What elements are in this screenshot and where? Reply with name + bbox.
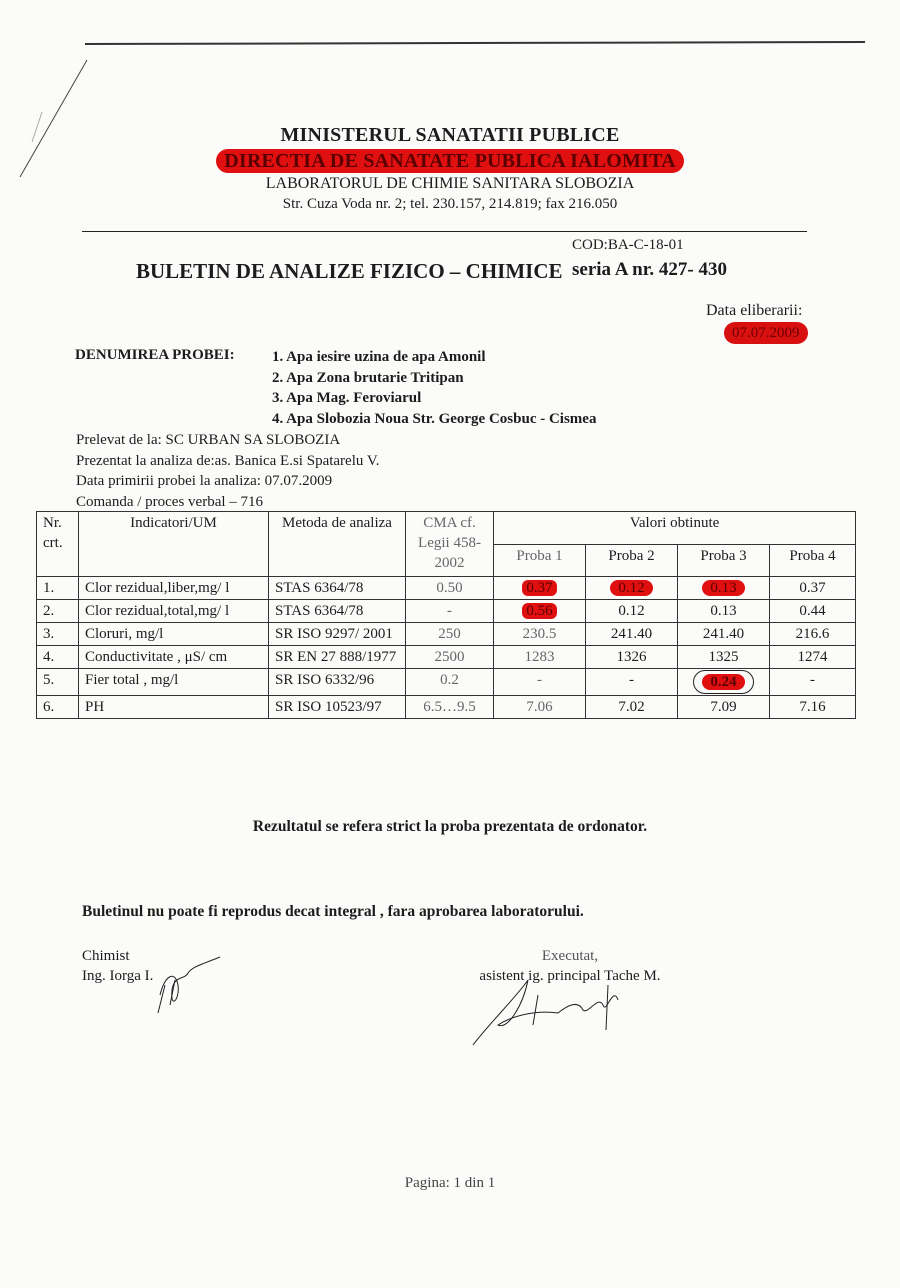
cell-probe-1: - — [494, 669, 586, 696]
document-series: seria A nr. 427- 430 — [572, 259, 727, 281]
cell-indicator: Clor rezidual,total,mg/ l — [79, 600, 269, 623]
laboratory-name: LABORATORUL DE CHIMIE SANITARA SLOBOZIA — [0, 175, 900, 193]
cell-nr: 5. — [37, 669, 79, 696]
cell-nr: 1. — [37, 577, 79, 600]
sample-item: 2. Apa Zona brutarie Tritipan — [272, 368, 596, 389]
chemist-signature — [130, 955, 230, 1015]
cell-probe-3: 0.24 — [678, 669, 770, 696]
value: 1274 — [798, 649, 828, 665]
cell-method: STAS 6364/78 — [269, 600, 406, 623]
cell-method: SR ISO 10523/97 — [269, 696, 406, 719]
cell-probe-2: 1326 — [586, 646, 678, 669]
laboratory-address: Str. Cuza Voda nr. 2; tel. 230.157, 214.… — [0, 196, 900, 213]
document-title: BULETIN DE ANALIZE FIZICO – CHIMICE — [136, 259, 563, 284]
table-row: 2.Clor rezidual,total,mg/ lSTAS 6364/78-… — [37, 600, 856, 623]
value: 241.40 — [703, 626, 744, 642]
cell-probe-1: 0.56 — [494, 600, 586, 623]
sample-item: 3. Apa Mag. Feroviarul — [272, 388, 596, 409]
cell-method: SR ISO 6332/96 — [269, 669, 406, 696]
cell-method: SR EN 27 888/1977 — [269, 646, 406, 669]
header-nr: Nr. crt. — [37, 512, 79, 577]
value: - — [537, 672, 542, 688]
cell-probe-1: 0.37 — [494, 577, 586, 600]
issue-date: 07.07.2009 — [724, 322, 808, 344]
value: 1325 — [709, 649, 739, 665]
order-number: Comanda / proces verbal – 716 — [76, 492, 380, 513]
cell-probe-2: 241.40 — [586, 623, 678, 646]
cell-cma: 0.2 — [406, 669, 494, 696]
value: 0.56 — [522, 603, 556, 619]
header-probe-2: Proba 2 — [586, 544, 678, 577]
cell-probe-1: 1283 — [494, 646, 586, 669]
ministry-name: MINISTERUL SANATATII PUBLICE — [0, 124, 900, 147]
value: 7.16 — [799, 699, 825, 715]
circled-value-mark: 0.24 — [693, 670, 753, 694]
cell-probe-2: - — [586, 669, 678, 696]
reproduction-note: Buletinul nu poate fi reprodus decat int… — [82, 903, 584, 921]
value: 7.06 — [526, 699, 552, 715]
cell-probe-1: 7.06 — [494, 696, 586, 719]
samples-list: 1. Apa iesire uzina de apa Amonil 2. Apa… — [272, 347, 596, 429]
executed-label: Executat, — [460, 946, 680, 966]
table-row: 1.Clor rezidual,liber,mg/ lSTAS 6364/780… — [37, 577, 856, 600]
value: 0.44 — [799, 603, 825, 619]
header-probe-1: Proba 1 — [494, 544, 586, 577]
value: 0.13 — [702, 580, 744, 596]
value: 1326 — [617, 649, 647, 665]
value: - — [629, 672, 634, 688]
value: 0.13 — [710, 603, 736, 619]
cell-probe-4: 0.37 — [770, 577, 856, 600]
results-table: Nr. crt. Indicatori/UM Metoda de analiza… — [36, 511, 856, 719]
cell-cma: 0.50 — [406, 577, 494, 600]
value: - — [810, 672, 815, 688]
direction-banner: DIRECTIA DE SANATATE PUBLICA IALOMITA — [0, 149, 900, 173]
cell-probe-4: 7.16 — [770, 696, 856, 719]
cell-indicator: Clor rezidual,liber,mg/ l — [79, 577, 269, 600]
header-indicator: Indicatori/UM — [79, 512, 269, 577]
page-number: Pagina: 1 din 1 — [0, 1175, 900, 1192]
value: 0.12 — [610, 580, 652, 596]
document-code: COD:BA-C-18-01 — [572, 237, 684, 254]
header-probe-4: Proba 4 — [770, 544, 856, 577]
cell-nr: 6. — [37, 696, 79, 719]
value: 0.37 — [799, 580, 825, 596]
issue-date-label: Data eliberarii: — [706, 302, 802, 320]
cell-probe-4: 0.44 — [770, 600, 856, 623]
sample-metadata: Prelevat de la: SC URBAN SA SLOBOZIA Pre… — [76, 430, 380, 512]
value: 216.6 — [796, 626, 830, 642]
cell-cma: 2500 — [406, 646, 494, 669]
value: 1283 — [525, 649, 555, 665]
cell-probe-3: 1325 — [678, 646, 770, 669]
header-probe-3: Proba 3 — [678, 544, 770, 577]
cell-probe-2: 0.12 — [586, 577, 678, 600]
table-row: 3.Cloruri, mg/lSR ISO 9297/ 2001250230.5… — [37, 623, 856, 646]
cell-nr: 4. — [37, 646, 79, 669]
value: 7.09 — [710, 699, 736, 715]
cell-indicator: Fier total , mg/l — [79, 669, 269, 696]
cell-probe-3: 0.13 — [678, 577, 770, 600]
cell-method: STAS 6364/78 — [269, 577, 406, 600]
header-method: Metoda de analiza — [269, 512, 406, 577]
executor-signature — [468, 975, 628, 1050]
cell-nr: 3. — [37, 623, 79, 646]
value: 7.02 — [618, 699, 644, 715]
cell-probe-2: 7.02 — [586, 696, 678, 719]
direction-name: DIRECTIA DE SANATATE PUBLICA IALOMITA — [216, 149, 684, 173]
value: 0.24 — [702, 674, 744, 690]
cell-indicator: Cloruri, mg/l — [79, 623, 269, 646]
sample-item: 1. Apa iesire uzina de apa Amonil — [272, 347, 596, 368]
cell-cma: 250 — [406, 623, 494, 646]
result-scope-note: Rezultatul se refera strict la proba pre… — [0, 818, 900, 836]
value: 0.37 — [522, 580, 556, 596]
table-row: 6.PHSR ISO 10523/976.5…9.57.067.027.097.… — [37, 696, 856, 719]
cell-indicator: PH — [79, 696, 269, 719]
value: 0.12 — [618, 603, 644, 619]
cell-method: SR ISO 9297/ 2001 — [269, 623, 406, 646]
cell-probe-4: 1274 — [770, 646, 856, 669]
cell-cma: 6.5…9.5 — [406, 696, 494, 719]
cell-indicator: Conductivitate , μS/ cm — [79, 646, 269, 669]
cell-probe-4: 216.6 — [770, 623, 856, 646]
cell-probe-1: 230.5 — [494, 623, 586, 646]
presented-by: Prezentat la analiza de:as. Banica E.si … — [76, 451, 380, 472]
collected-from: Prelevat de la: SC URBAN SA SLOBOZIA — [76, 430, 380, 451]
cell-probe-2: 0.12 — [586, 600, 678, 623]
value: 230.5 — [523, 626, 557, 642]
cell-cma: - — [406, 600, 494, 623]
sample-item: 4. Apa Slobozia Noua Str. George Cosbuc … — [272, 409, 596, 430]
table-row: 4.Conductivitate , μS/ cmSR EN 27 888/19… — [37, 646, 856, 669]
header-values-group: Valori obtinute — [494, 512, 856, 545]
divider — [82, 231, 807, 232]
cell-probe-3: 0.13 — [678, 600, 770, 623]
samples-label: DENUMIREA PROBEI: — [75, 347, 235, 364]
cell-probe-3: 7.09 — [678, 696, 770, 719]
table-row: 5.Fier total , mg/lSR ISO 6332/960.2--0.… — [37, 669, 856, 696]
header-rule — [85, 41, 865, 45]
cell-nr: 2. — [37, 600, 79, 623]
table-header-row: Nr. crt. Indicatori/UM Metoda de analiza… — [37, 512, 856, 545]
header-cma: CMA cf. Legii 458-2002 — [406, 512, 494, 577]
value: 241.40 — [611, 626, 652, 642]
cell-probe-4: - — [770, 669, 856, 696]
cell-probe-3: 241.40 — [678, 623, 770, 646]
received-date: Data primirii probei la analiza: 07.07.2… — [76, 471, 380, 492]
